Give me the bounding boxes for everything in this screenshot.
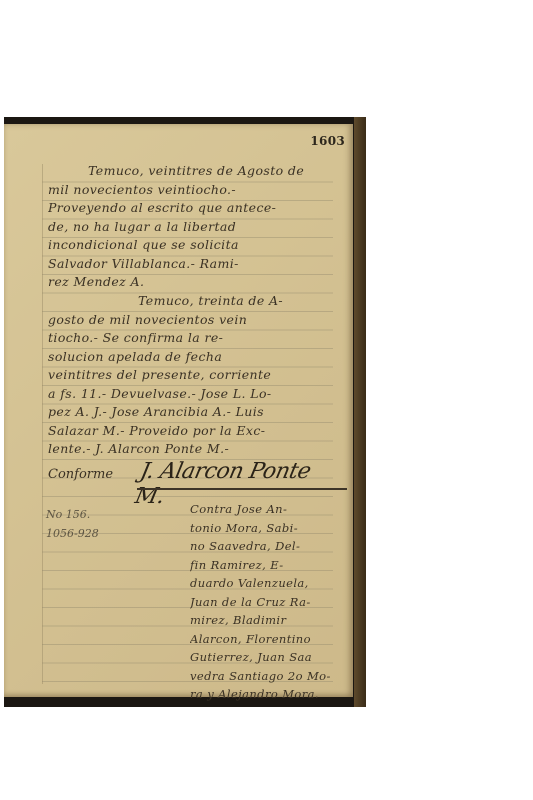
scanned-image: 1603 Temuco, veintitres de Agosto de mil…	[4, 117, 366, 707]
entry-line: veintitres del presente, corriente	[48, 366, 328, 385]
case-number: No 156.	[46, 506, 99, 525]
ledger-page: 1603 Temuco, veintitres de Agosto de mil…	[4, 124, 353, 697]
party-line: tonio Mora, Sabi-	[190, 519, 340, 538]
entry-line: de, no ha lugar a la libertad	[48, 218, 328, 237]
party-line: Contra Jose An-	[190, 500, 340, 519]
viewer-stage: 1603 Temuco, veintitres de Agosto de mil…	[0, 0, 533, 800]
signature-underline	[137, 488, 347, 490]
entry-1: Temuco, veintitres de Agosto de mil nove…	[48, 162, 328, 292]
party-line: no Saavedra, Del-	[190, 537, 340, 556]
party-line: Alarcon, Florentino	[190, 630, 340, 649]
party-line: duardo Valenzuela,	[190, 574, 340, 593]
case-reference: 1056-928	[46, 525, 99, 544]
party-line: mirez, Bladimir	[190, 611, 340, 630]
entry-line: Temuco, treinta de A-	[48, 292, 328, 311]
entry-line: mil novecientos veintiocho.-	[48, 181, 328, 200]
party-line: fin Ramirez, E-	[190, 556, 340, 575]
entry-line: solucion apelada de fecha	[48, 348, 328, 367]
party-line: ra y Alejandro Mora.	[190, 685, 340, 704]
entry-line: incondicional que se solicita	[48, 236, 328, 255]
entry-line: Salazar M.- Proveido por la Exc-	[48, 422, 328, 441]
party-line: vedra Santiago 2o Mo-	[190, 667, 340, 686]
party-line: Juan de la Cruz Ra-	[190, 593, 340, 612]
conforme-label: Conforme	[48, 467, 113, 482]
entry-line: tiocho.- Se confirma la re-	[48, 329, 328, 348]
entry-line: a fs. 11.- Devuelvase.- Jose L. Lo-	[48, 385, 328, 404]
entry-line: Proveyendo al escrito que antece-	[48, 199, 328, 218]
page-number: 1603	[310, 134, 345, 148]
entry-line: gosto de mil novecientos vein	[48, 311, 328, 330]
parties-list: Contra Jose An- tonio Mora, Sabi- no Saa…	[190, 500, 340, 704]
entry-line: Temuco, veintitres de Agosto de	[48, 162, 328, 181]
entry-line: pez A. J.- Jose Arancibia A.- Luis	[48, 403, 328, 422]
entry-line: rez Mendez A.	[48, 273, 328, 292]
book-binding-edge	[354, 117, 366, 707]
entry-line: lente.- J. Alarcon Ponte M.-	[48, 440, 328, 459]
party-line: Gutierrez, Juan Saa	[190, 648, 340, 667]
entry-2: Temuco, treinta de A- gosto de mil novec…	[48, 292, 328, 459]
signature-block: Conforme J. Alarcon Ponte M.	[48, 459, 338, 499]
entry-line: Salvador Villablanca.- Rami-	[48, 255, 328, 274]
margin-notes: No 156. 1056-928	[46, 506, 99, 543]
